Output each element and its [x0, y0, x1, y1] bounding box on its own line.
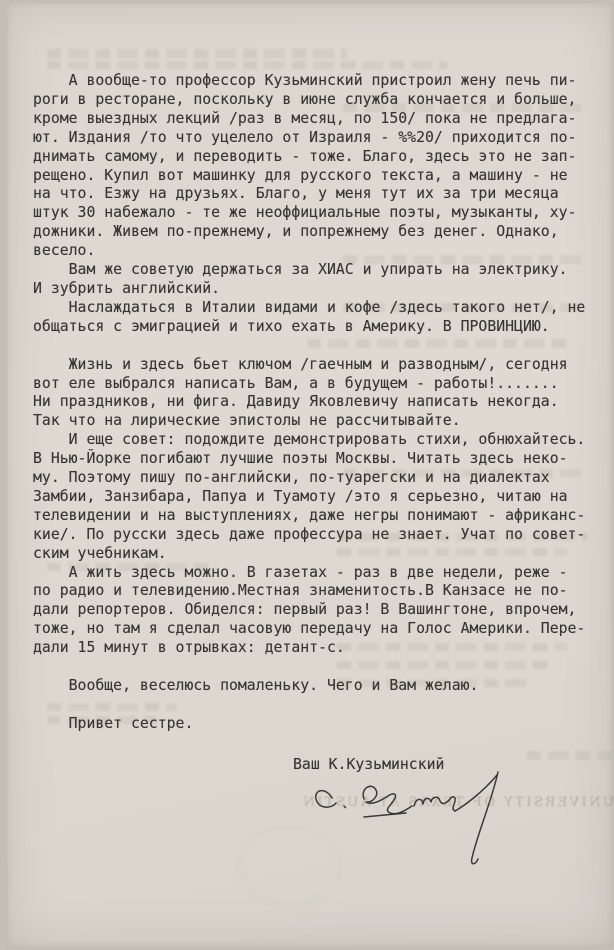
- handwritten-signature: [302, 766, 517, 871]
- scanned-letter-page: UNIVERSITY OF TEXAS AT AUSTIN А вообще-т…: [0, 0, 614, 950]
- paper-sheet: UNIVERSITY OF TEXAS AT AUSTIN А вообще-т…: [7, 3, 612, 947]
- bleedthrough-smudge: [527, 751, 612, 760]
- letter-body: А вообще-то профессор Кузьминский пристр…: [33, 72, 585, 734]
- bleedthrough-smudge: [47, 49, 347, 58]
- bleedthrough-smudge: [47, 61, 447, 69]
